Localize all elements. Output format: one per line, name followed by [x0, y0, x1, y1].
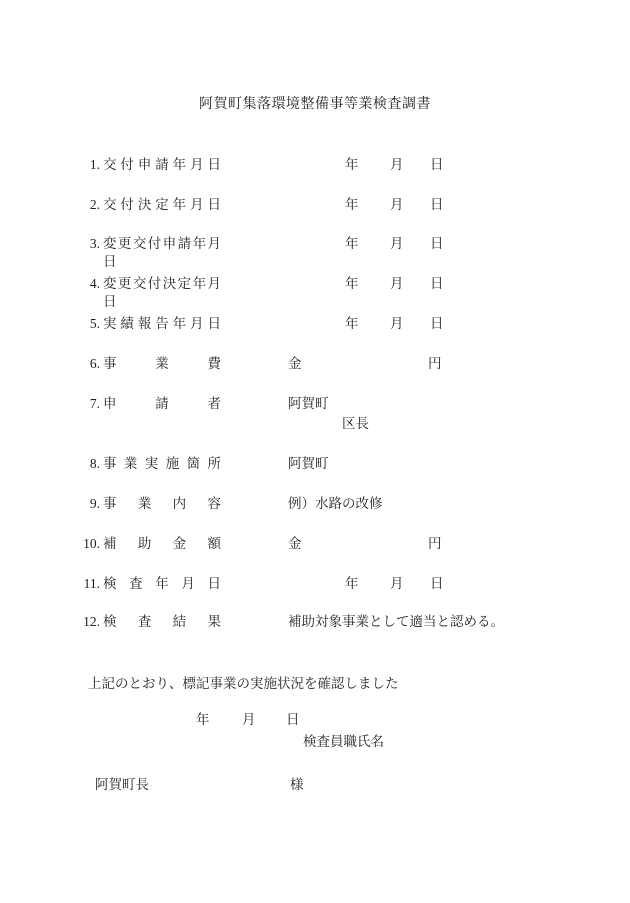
addressee-label: 阿賀町長	[95, 776, 149, 794]
year-blank: 年	[345, 575, 359, 593]
row-number: 4.	[79, 275, 100, 293]
amount-prefix: 金	[288, 355, 302, 373]
row-value: 例）水路の改修	[288, 495, 383, 513]
document-page: 阿賀町集落環境整備事等業検査調書 1. 交付申請年月日 年 月 日 2. 交付決…	[0, 0, 630, 903]
day-blank: 日	[430, 275, 444, 293]
row-number: 2.	[79, 196, 100, 214]
month-blank: 月	[390, 235, 404, 253]
row-number: 12.	[79, 613, 100, 631]
row-label: 検査結果	[103, 613, 221, 631]
amount-suffix: 円	[428, 535, 442, 553]
day-blank: 日	[286, 711, 300, 729]
page-title: 阿賀町集落環境整備事等業検査調書	[0, 93, 630, 113]
row-number: 8.	[79, 455, 100, 473]
row-label: 申請者	[103, 395, 221, 413]
form-row-1: 1. 交付申請年月日 年 月 日	[0, 156, 630, 174]
day-blank: 日	[430, 235, 444, 253]
row-label: 変更交付申請年月日	[103, 235, 221, 271]
row-label: 補助金額	[103, 535, 221, 553]
row-label: 実績報告年月日	[103, 315, 221, 333]
row-number: 5.	[79, 315, 100, 333]
form-row-9: 9. 事業内容 例）水路の改修	[0, 495, 630, 513]
form-row-7: 7. 申請者 阿賀町 区長	[0, 395, 630, 413]
amount-prefix: 金	[288, 535, 302, 553]
row-value-secondary: 区長	[342, 415, 369, 433]
row-value: 阿賀町	[288, 395, 329, 413]
row-value: 阿賀町	[288, 455, 329, 473]
form-row-2: 2. 交付決定年月日 年 月 日	[0, 196, 630, 214]
month-blank: 月	[390, 575, 404, 593]
form-row-6: 6. 事業費 金 円	[0, 355, 630, 373]
row-number: 6.	[79, 355, 100, 373]
row-value: 補助対象事業として適当と認める。	[288, 613, 504, 631]
row-number: 9.	[79, 495, 100, 513]
month-blank: 月	[242, 711, 256, 729]
month-blank: 月	[390, 315, 404, 333]
row-number: 7.	[79, 395, 100, 413]
day-blank: 日	[430, 156, 444, 174]
year-blank: 年	[345, 315, 359, 333]
form-row-4: 4. 変更交付決定年月日 年 月 日	[0, 275, 630, 293]
form-row-3: 3. 変更交付申請年月日 年 月 日	[0, 235, 630, 253]
row-label: 事業実施箇所	[103, 455, 221, 473]
form-row-5: 5. 実績報告年月日 年 月 日	[0, 315, 630, 333]
day-blank: 日	[430, 315, 444, 333]
month-blank: 月	[390, 275, 404, 293]
row-label: 検査年月日	[103, 575, 221, 593]
confirmation-statement: 上記のとおり、標記事業の実施状況を確認しました	[88, 675, 399, 693]
form-row-11: 11. 検査年月日 年 月 日	[0, 575, 630, 593]
month-blank: 月	[390, 156, 404, 174]
signature-date-line: 年 月 日	[0, 711, 630, 729]
row-number: 3.	[79, 235, 100, 253]
inspector-name-label: 検査員職氏名	[303, 733, 384, 751]
form-row-10: 10. 補助金額 金 円	[0, 535, 630, 553]
row-label: 交付申請年月日	[103, 156, 221, 174]
row-label: 変更交付決定年月日	[103, 275, 221, 311]
day-blank: 日	[430, 575, 444, 593]
day-blank: 日	[430, 196, 444, 214]
row-number: 10.	[79, 535, 100, 553]
row-number: 1.	[79, 156, 100, 174]
year-blank: 年	[345, 235, 359, 253]
row-label: 事業費	[103, 355, 221, 373]
honorific-label: 様	[290, 776, 304, 794]
row-label: 事業内容	[103, 495, 221, 513]
row-label: 交付決定年月日	[103, 196, 221, 214]
year-blank: 年	[345, 196, 359, 214]
year-blank: 年	[345, 275, 359, 293]
year-blank: 年	[345, 156, 359, 174]
year-blank: 年	[196, 711, 210, 729]
form-row-12: 12. 検査結果 補助対象事業として適当と認める。	[0, 613, 630, 631]
month-blank: 月	[390, 196, 404, 214]
row-number: 11.	[79, 575, 100, 593]
amount-suffix: 円	[428, 355, 442, 373]
form-row-8: 8. 事業実施箇所 阿賀町	[0, 455, 630, 473]
